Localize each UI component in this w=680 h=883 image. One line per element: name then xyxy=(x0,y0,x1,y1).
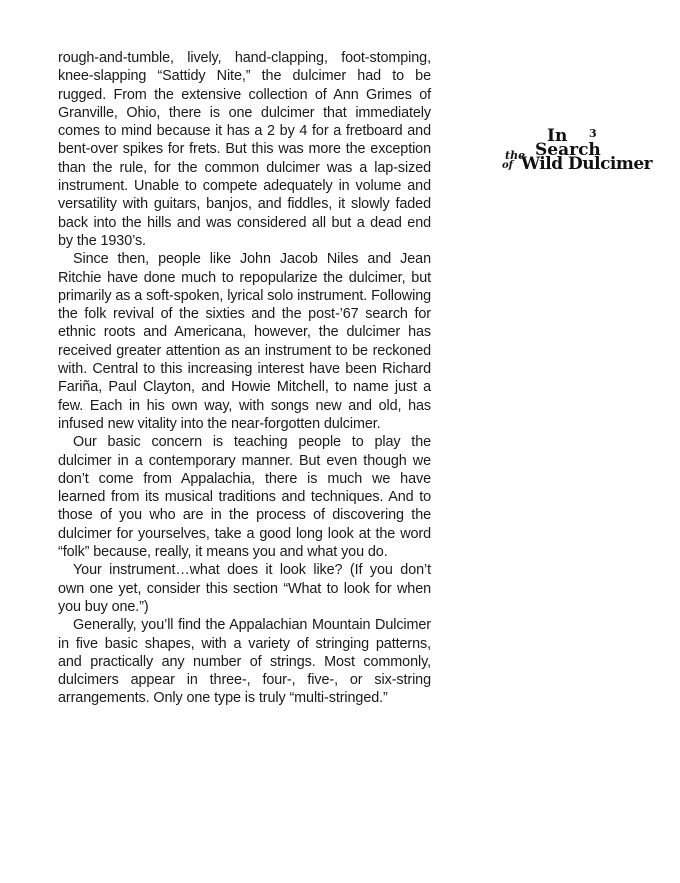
running-head-logo: In 3 Search the of Wild Dulcimer xyxy=(505,128,665,188)
paragraph-basic-concern: Our basic concern is teaching people to … xyxy=(58,433,431,561)
paragraph-since-then: Since then, people like John Jacob Niles… xyxy=(58,250,431,433)
paragraph-generally: Generally, you’ll find the Appalachian M… xyxy=(58,616,431,707)
body-text-column: rough-and-tumble, lively, hand-clapping,… xyxy=(58,49,431,708)
running-head-wild-dulcimer: Wild Dulcimer xyxy=(521,156,652,173)
book-page: rough-and-tumble, lively, hand-clapping,… xyxy=(0,0,680,883)
paragraph-continued: rough-and-tumble, lively, hand-clapping,… xyxy=(58,49,431,250)
paragraph-your-instrument: Your instrument…what does it look like? … xyxy=(58,561,431,616)
running-head-of: of xyxy=(502,161,513,171)
page-number: 3 xyxy=(589,128,597,139)
